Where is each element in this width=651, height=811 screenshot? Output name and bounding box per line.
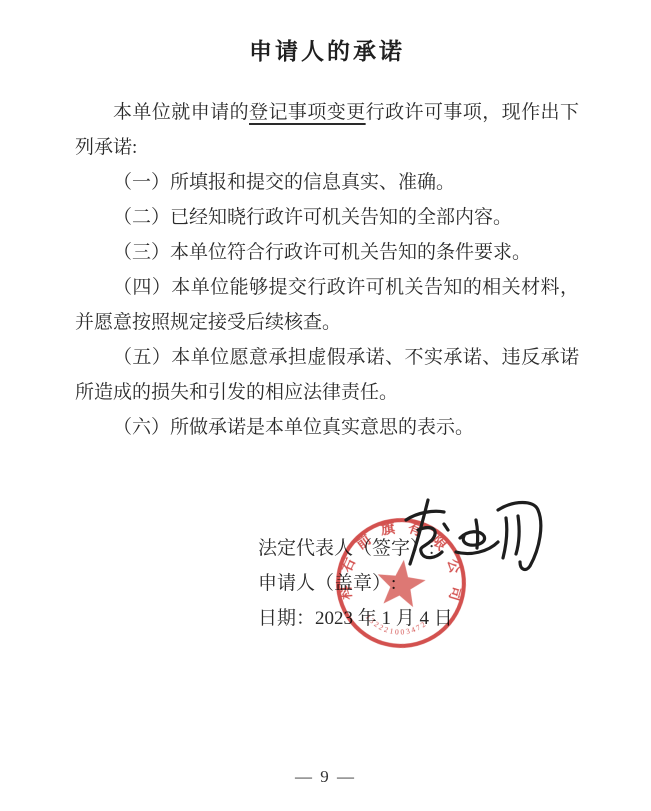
commitment-item-1: （一）所填报和提交的信息真实、准确。 [75, 165, 579, 200]
commitment-item-6: （六）所做承诺是本单位真实意思的表示。 [75, 410, 579, 445]
commitment-item-4: （四）本单位能够提交行政许可机关告知的相关材料，并愿意按照规定接受后续核查。 [75, 270, 579, 340]
intro-prefix: 本单位就申请的 [113, 102, 249, 123]
intro-underlined-text: 登记事项变更 [249, 102, 366, 123]
date-label: 日期： [258, 608, 315, 629]
intro-paragraph: 本单位就申请的登记事项变更行政许可事项，现作出下列承诺: [75, 95, 579, 165]
handwritten-signature [398, 496, 548, 581]
page-title: 申请人的承诺 [75, 33, 579, 66]
document-page: 申请人的承诺 本单位就申请的登记事项变更行政许可事项，现作出下列承诺: （一）所… [0, 0, 651, 811]
commitment-item-2: （二）已经知晓行政许可机关告知的全部内容。 [75, 200, 579, 235]
commitment-item-3: （三）本单位符合行政许可机关告知的条件要求。 [75, 235, 579, 270]
commitment-item-5: （五）本单位愿意承担虚假承诺、不实承诺、违反承诺所造成的损失和引发的相应法律责任… [75, 340, 579, 410]
page-number: — 9 — [0, 767, 651, 787]
